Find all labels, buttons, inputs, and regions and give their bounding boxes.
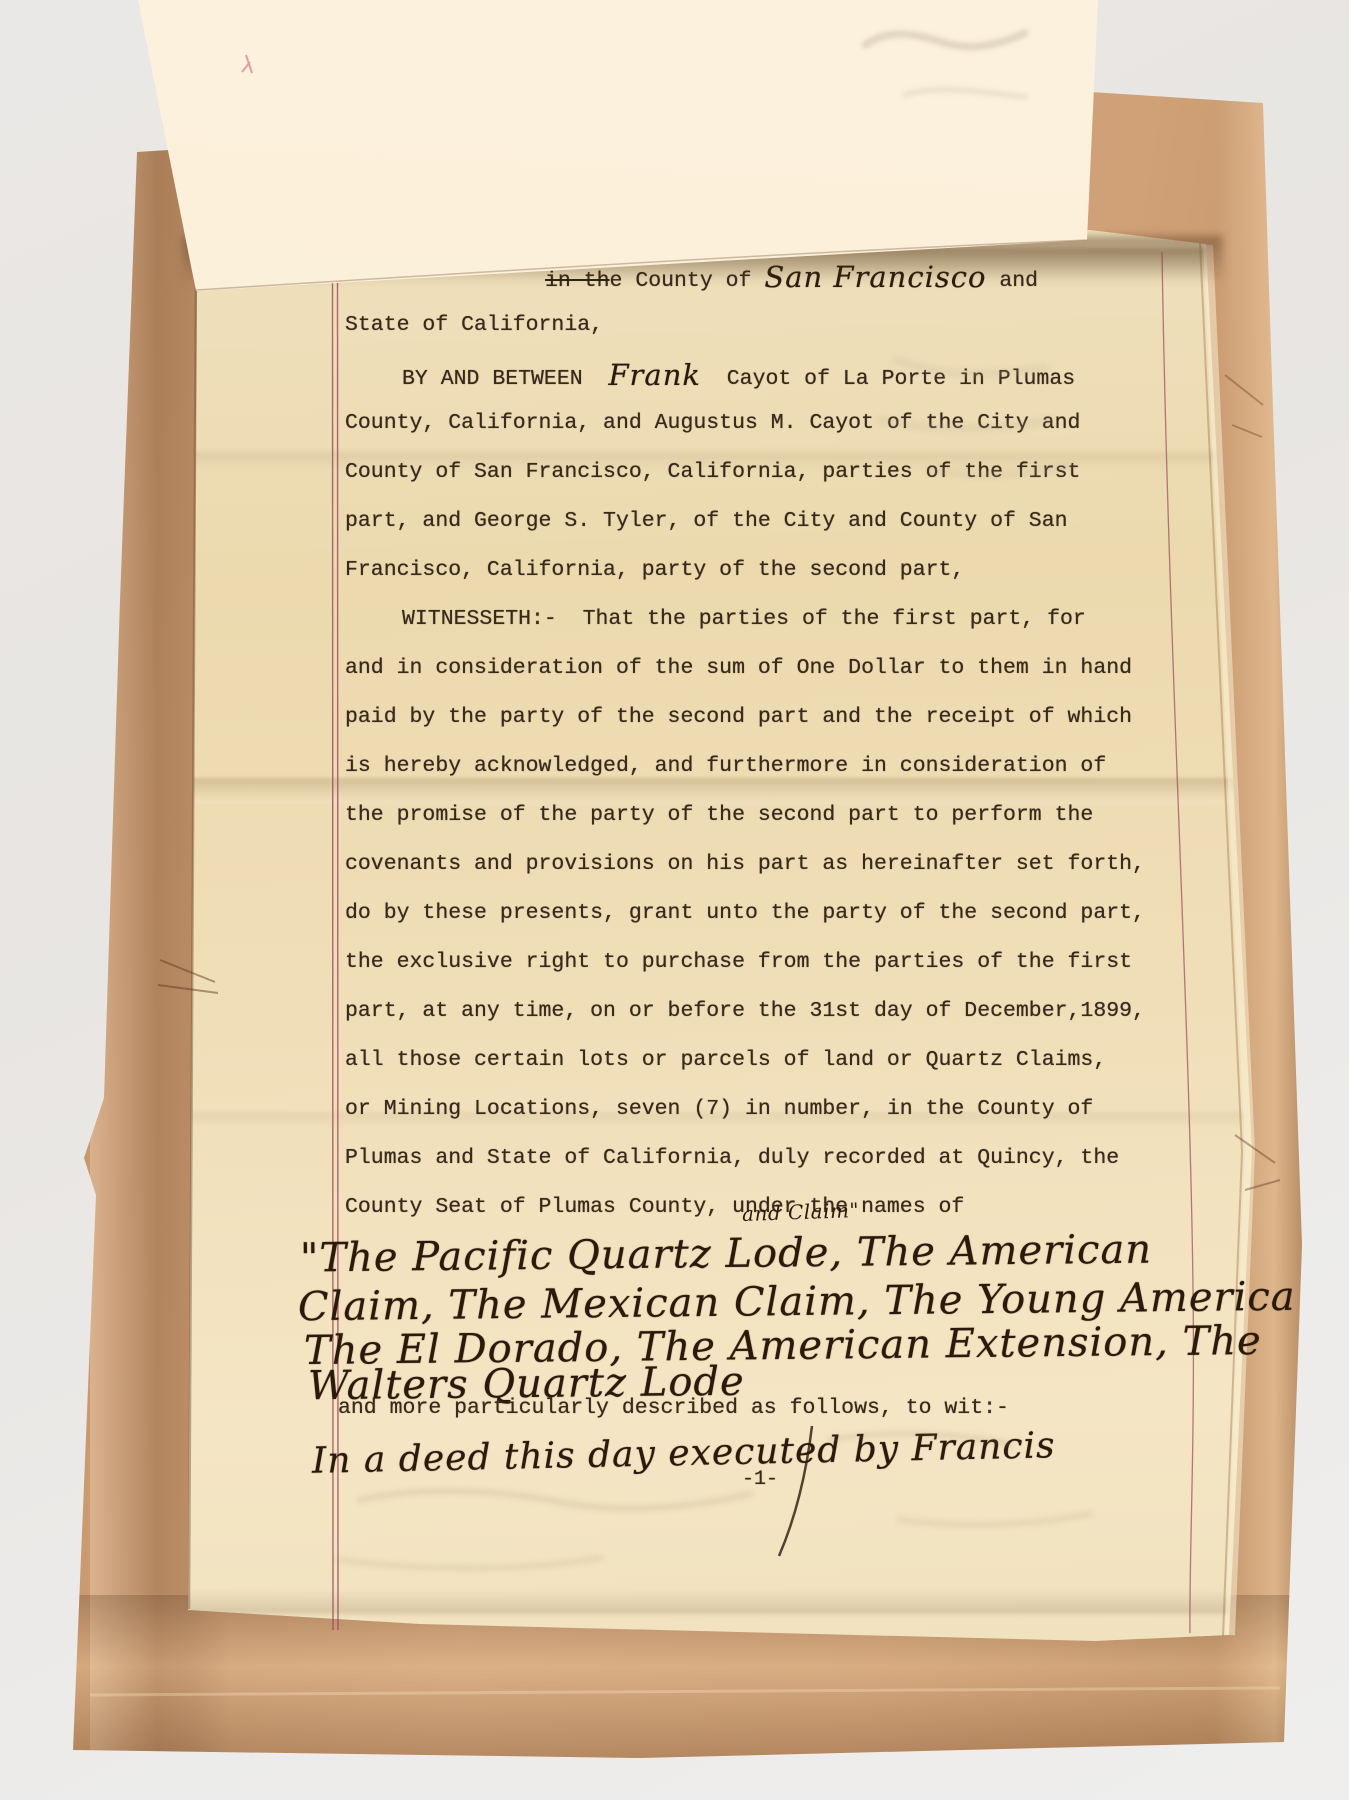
typed-text: covenants and provisions on his part as … [345,852,1145,876]
typed-line: County of San Francisco, California, par… [345,448,1080,497]
typed-line: State of California, [345,301,603,350]
photo-backdrop: in the County of San Francisco andState … [0,0,1349,1800]
typed-line: Plumas and State of California, duly rec… [345,1134,1119,1183]
typed-line: WITNESSETH:- That the parties of the fir… [402,595,1086,644]
typed-line: is hereby acknowledged, and furthermore … [345,742,1106,791]
typed-text: Cayot of La Porte in Plumas [701,367,1075,391]
typed-text: part, and George S. Tyler, of the City a… [345,509,1068,533]
typed-text: paid by the party of the second part and… [345,705,1132,729]
typed-text: Francisco, California, party of the seco… [345,558,964,582]
typed-line: County Seat of Plumas County, under the … [345,1183,964,1232]
typed-text: County, California, and Augustus M. Cayo… [345,411,1080,435]
typed-text: is hereby acknowledged, and furthermore … [345,754,1106,778]
typed-text: part, at any time, on or before the 31st… [345,999,1145,1023]
page-number: -1- [742,1468,778,1491]
typed-text: do by these presents, grant unto the par… [345,901,1145,925]
typed-line: or Mining Locations, seven (7) in number… [345,1085,1093,1134]
typed-line: and in consideration of the sum of One D… [345,644,1132,693]
page-bottom-shadow [185,1590,1245,1614]
typed-text: Plumas and State of California, duly rec… [345,1146,1119,1170]
typed-line: the exclusive right to purchase from the… [345,938,1132,987]
typed-text: the exclusive right to purchase from the… [345,950,1132,974]
typed-line: the promise of the party of the second p… [345,791,1093,840]
typed-line: do by these presents, grant unto the par… [345,889,1145,938]
handwritten-insertion: and Claim" [742,1198,860,1226]
typed-line: paid by the party of the second part and… [345,693,1132,742]
typed-text: County Seat of Plumas County, under the … [345,1195,964,1219]
typed-line: covenants and provisions on his part as … [345,840,1145,889]
typed-line: all those certain lots or parcels of lan… [345,1036,1106,1085]
typed-text: and in consideration of the sum of One D… [345,656,1132,680]
typed-text: WITNESSETH:- That the parties of the fir… [402,607,1086,631]
typed-line: BY AND BETWEEN Frank Cayot of La Porte i… [402,350,1075,399]
typed-text: County of San Francisco, California, par… [345,460,1080,484]
typed-text: State of California, [345,313,603,337]
typed-line: part, at any time, on or before the 31st… [345,987,1145,1036]
typed-line: part, and George S. Tyler, of the City a… [345,497,1068,546]
typed-text: the promise of the party of the second p… [345,803,1093,827]
typed-line: County, California, and Augustus M. Cayo… [345,399,1080,448]
typed-text: or Mining Locations, seven (7) in number… [345,1097,1093,1121]
typed-text: BY AND BETWEEN [402,367,608,391]
typed-text: all those certain lots or parcels of lan… [345,1048,1106,1072]
typed-line: Francisco, California, party of the seco… [345,546,964,595]
handwritten-name: Frank [608,358,701,392]
